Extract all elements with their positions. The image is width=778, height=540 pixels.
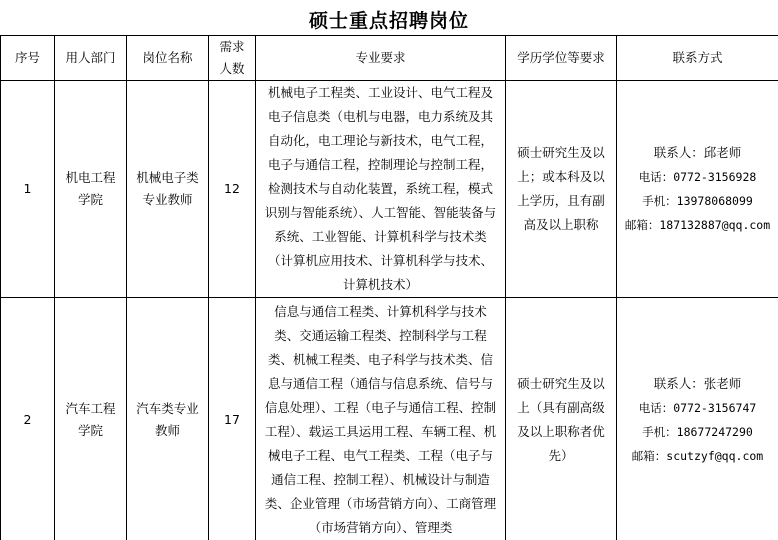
cell-dept: 汽车工程学院 <box>55 298 127 540</box>
header-major: 专业要求 <box>256 36 506 81</box>
header-count-line1: 需求 <box>212 36 252 58</box>
contact-mobile: 手机：13978068099 <box>620 189 775 213</box>
recruitment-table: 序号 用人部门 岗位名称 需求 人数 专业要求 学历学位等要求 联系方式 1 机… <box>0 35 778 540</box>
table-row: 1 机电工程学院 机械电子类专业教师 12 机械电子工程类、工业设计、电气工程及… <box>1 81 778 298</box>
contact-person: 联系人：邱老师 <box>620 141 775 165</box>
table-row: 2 汽车工程学院 汽车类专业教师 17 信息与通信工程类、计算机科学与技术类、交… <box>1 298 778 540</box>
cell-count: 17 <box>209 298 256 540</box>
header-row: 序号 用人部门 岗位名称 需求 人数 专业要求 学历学位等要求 联系方式 <box>1 36 778 81</box>
contact-mobile: 手机：18677247290 <box>620 420 775 444</box>
cell-position: 汽车类专业教师 <box>127 298 209 540</box>
header-seq: 序号 <box>1 36 55 81</box>
cell-major: 信息与通信工程类、计算机科学与技术类、交通运输工程类、控制科学与工程类、机械工程… <box>256 298 506 540</box>
cell-seq: 2 <box>1 298 55 540</box>
header-count: 需求 人数 <box>209 36 256 81</box>
cell-dept: 机电工程学院 <box>55 81 127 298</box>
cell-major: 机械电子工程类、工业设计、电气工程及电子信息类（电机与电器，电力系统及其自动化，… <box>256 81 506 298</box>
contact-email[interactable]: 邮箱：scutzyf@qq.com <box>620 444 775 468</box>
header-contact: 联系方式 <box>617 36 778 81</box>
cell-education: 硕士研究生及以上（具有副高级及以上职称者优先） <box>506 298 617 540</box>
cell-position: 机械电子类专业教师 <box>127 81 209 298</box>
page-title: 硕士重点招聘岗位 <box>0 0 778 35</box>
contact-person: 联系人：张老师 <box>620 372 775 396</box>
cell-count: 12 <box>209 81 256 298</box>
contact-phone: 电话：0772-3156928 <box>620 165 775 189</box>
header-education: 学历学位等要求 <box>506 36 617 81</box>
cell-seq: 1 <box>1 81 55 298</box>
header-count-line2: 人数 <box>212 58 252 80</box>
cell-contact: 联系人：邱老师 电话：0772-3156928 手机：13978068099 邮… <box>617 81 778 298</box>
cell-contact: 联系人：张老师 电话：0772-3156747 手机：18677247290 邮… <box>617 298 778 540</box>
contact-email[interactable]: 邮箱：187132887@qq.com <box>620 213 775 237</box>
header-position: 岗位名称 <box>127 36 209 81</box>
header-dept: 用人部门 <box>55 36 127 81</box>
cell-education: 硕士研究生及以上；或本科及以上学历，且有副高及以上职称 <box>506 81 617 298</box>
contact-phone: 电话：0772-3156747 <box>620 396 775 420</box>
